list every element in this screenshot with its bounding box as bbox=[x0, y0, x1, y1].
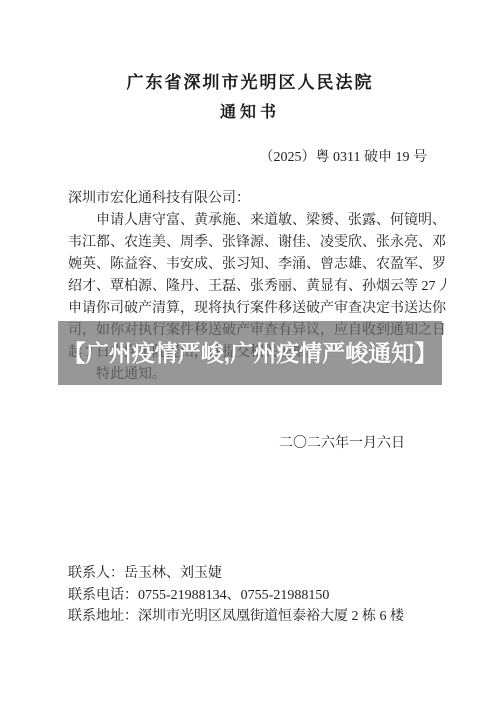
body-line: 婉英、陈益容、韦安成、张习知、李涌、曾志雄、农盈军、罗 bbox=[68, 254, 446, 276]
recipient-line: 深圳市宏化通科技有限公司： bbox=[68, 188, 446, 210]
date-line: 二〇二六年一月六日 bbox=[279, 432, 405, 452]
body-line: 申请你司破产清算，现将执行案件移送破产审查决定书送达你 bbox=[68, 298, 446, 320]
notice-type-title: 通知书 bbox=[0, 99, 500, 122]
watermark-text: 【广州疫情严峻,广州疫情严峻通知】 bbox=[58, 340, 442, 367]
watermark-overlay: 【广州疫情严峻,广州疫情严峻通知】 bbox=[58, 321, 442, 385]
body-line: 韦江都、农连美、周季、张锋源、谢佳、凌雯欣、张永亮、邓 bbox=[68, 232, 446, 254]
body-line: 绍才、覃柏源、隆丹、王磊、张秀丽、黄显有、孙烟云等 27 人 bbox=[68, 276, 446, 298]
case-number: （2025）粤 0311 破申 19 号 bbox=[260, 146, 427, 166]
court-name-title: 广东省深圳市光明区人民法院 bbox=[0, 68, 500, 93]
contact-info: 联系人：岳玉林、刘玉婕 联系电话：0755-21988134、0755-2198… bbox=[68, 563, 404, 628]
contact-phone-line: 联系电话：0755-21988134、0755-21988150 bbox=[68, 585, 404, 607]
body-line: 申请人唐守富、黄承施、来道敏、梁赟、张露、何镜明、 bbox=[68, 210, 446, 232]
court-notice-document: 广东省深圳市光明区人民法院 通知书 （2025）粤 0311 破申 19 号 深… bbox=[0, 0, 500, 706]
contact-address-line: 联系地址：深圳市光明区凤凰街道恒泰裕大厦 2 栋 6 楼 bbox=[68, 606, 404, 628]
contact-person-line: 联系人：岳玉林、刘玉婕 bbox=[68, 563, 404, 585]
